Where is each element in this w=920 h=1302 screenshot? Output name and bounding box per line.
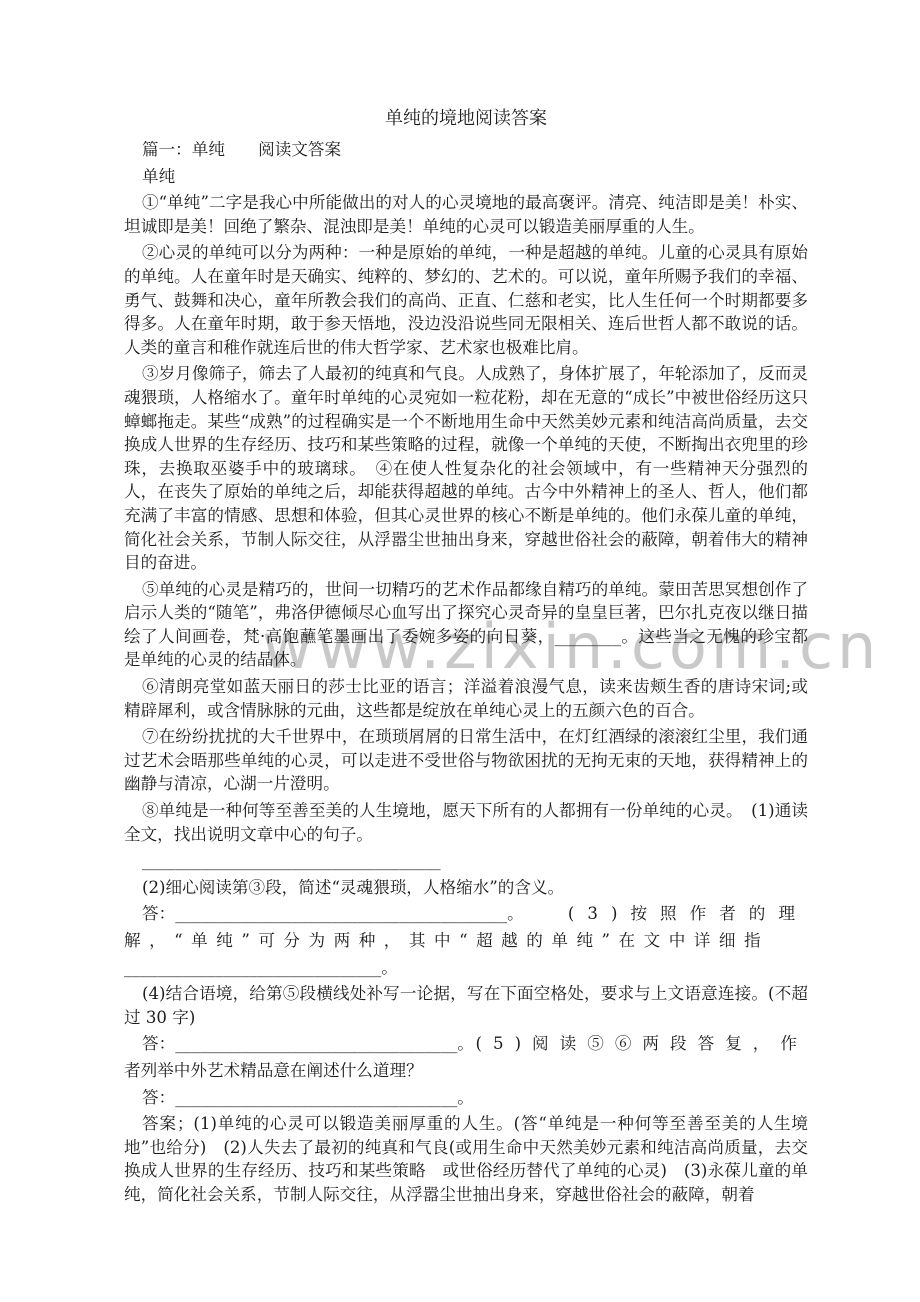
period: 。 <box>457 1086 474 1110</box>
question-5-lead: (5)阅读⑤⑥两段答复，作 <box>476 1032 808 1056</box>
question-3-answer-blank-line: _______________________________ 。 <box>124 956 808 980</box>
blank-underline: ____________________________________ <box>142 849 441 873</box>
question-3-lead: (3)按照作者的理 <box>568 902 808 926</box>
question-1-answer-blank-line: ____________________________________ <box>124 849 808 873</box>
article-title: 单纯 <box>124 165 808 189</box>
answer-label: 答： <box>142 1086 175 1110</box>
question-3-continued: 解，“单纯”可分为两种，其中“超越的单纯”在文中详细指 <box>124 929 808 953</box>
paragraph-2: ②心灵的单纯可以分为两种：一种是原始的单纯，一种是超越的单纯。儿童的心灵具有原始… <box>124 241 808 359</box>
answer-key: 答案；(1)单纯的心灵可以锻造美丽厚重的人生。(答“单纯是一种何等至善至美的人生… <box>124 1112 808 1206</box>
paragraph-7: ⑦在纷纷扰扰的大千世界中，在琐琐屑屑的日常生活中，在灯红酒绿的滚滚红尘里，我们通… <box>124 725 808 796</box>
question-2-answer-line: 答： _____________________________________… <box>124 902 808 926</box>
answer-label: 答： <box>142 902 175 926</box>
paragraph-8: ⑧单纯是一种何等至善至美的人生境地，愿天下所有的人都拥有一份单纯的心灵。 (1)… <box>124 799 808 846</box>
paragraph-1: ①“单纯”二字是我心中所能做出的对人的心灵境地的最高褒评。清亮、纯洁即是美！朴实… <box>124 191 808 238</box>
question-4: (4)结合语境，给第⑤段横线处补写一论据，写在下面空格处，要求与上文语意连接。(… <box>124 982 808 1029</box>
paragraph-5: ⑤单纯的心灵是精巧的，世间一切精巧的艺术作品都缘自精巧的单纯。蒙田苦思冥想创作了… <box>124 578 808 672</box>
question-5-answer-line: 答： __________________________________ 。 <box>124 1086 808 1110</box>
paragraph-6: ⑥清朗亮堂如蓝天丽日的莎士比亚的语言；洋溢着浪漫气息，读来齿颊生香的唐诗宋词;或… <box>124 675 808 722</box>
period: 。 <box>381 956 398 980</box>
document-page: 单纯的境地阅读答案 篇一：单纯 阅读文答案 单纯 ①“单纯”二字是我心中所能做出… <box>124 106 808 1210</box>
period: 。 <box>457 1032 474 1056</box>
period: 。 <box>507 902 524 926</box>
blank-underline: _______________________________ <box>124 956 381 980</box>
question-2: (2)细心阅读第③段，简述“灵魂猥琐，人格缩水”的含义。 <box>124 876 808 900</box>
blank-underline: ________________________________________ <box>175 902 507 926</box>
blank-underline: __________________________________ <box>175 1032 457 1056</box>
page-title: 单纯的境地阅读答案 <box>124 106 808 132</box>
source-line: 篇一：单纯 阅读文答案 <box>124 138 808 162</box>
paragraph-3-4: ③岁月像筛子，筛去了人最初的纯真和气良。人成熟了，身体扩展了，年轮添加了，反而灵… <box>124 362 808 574</box>
question-4-answer-line: 答： __________________________________ 。 … <box>124 1032 808 1056</box>
question-5-continued: 者列举中外艺术精品意在阐述什么道理？ <box>124 1059 808 1083</box>
blank-underline: __________________________________ <box>175 1086 457 1110</box>
paragraph-5-blank-underline: ________ <box>555 627 621 646</box>
answer-label: 答： <box>142 1032 175 1056</box>
